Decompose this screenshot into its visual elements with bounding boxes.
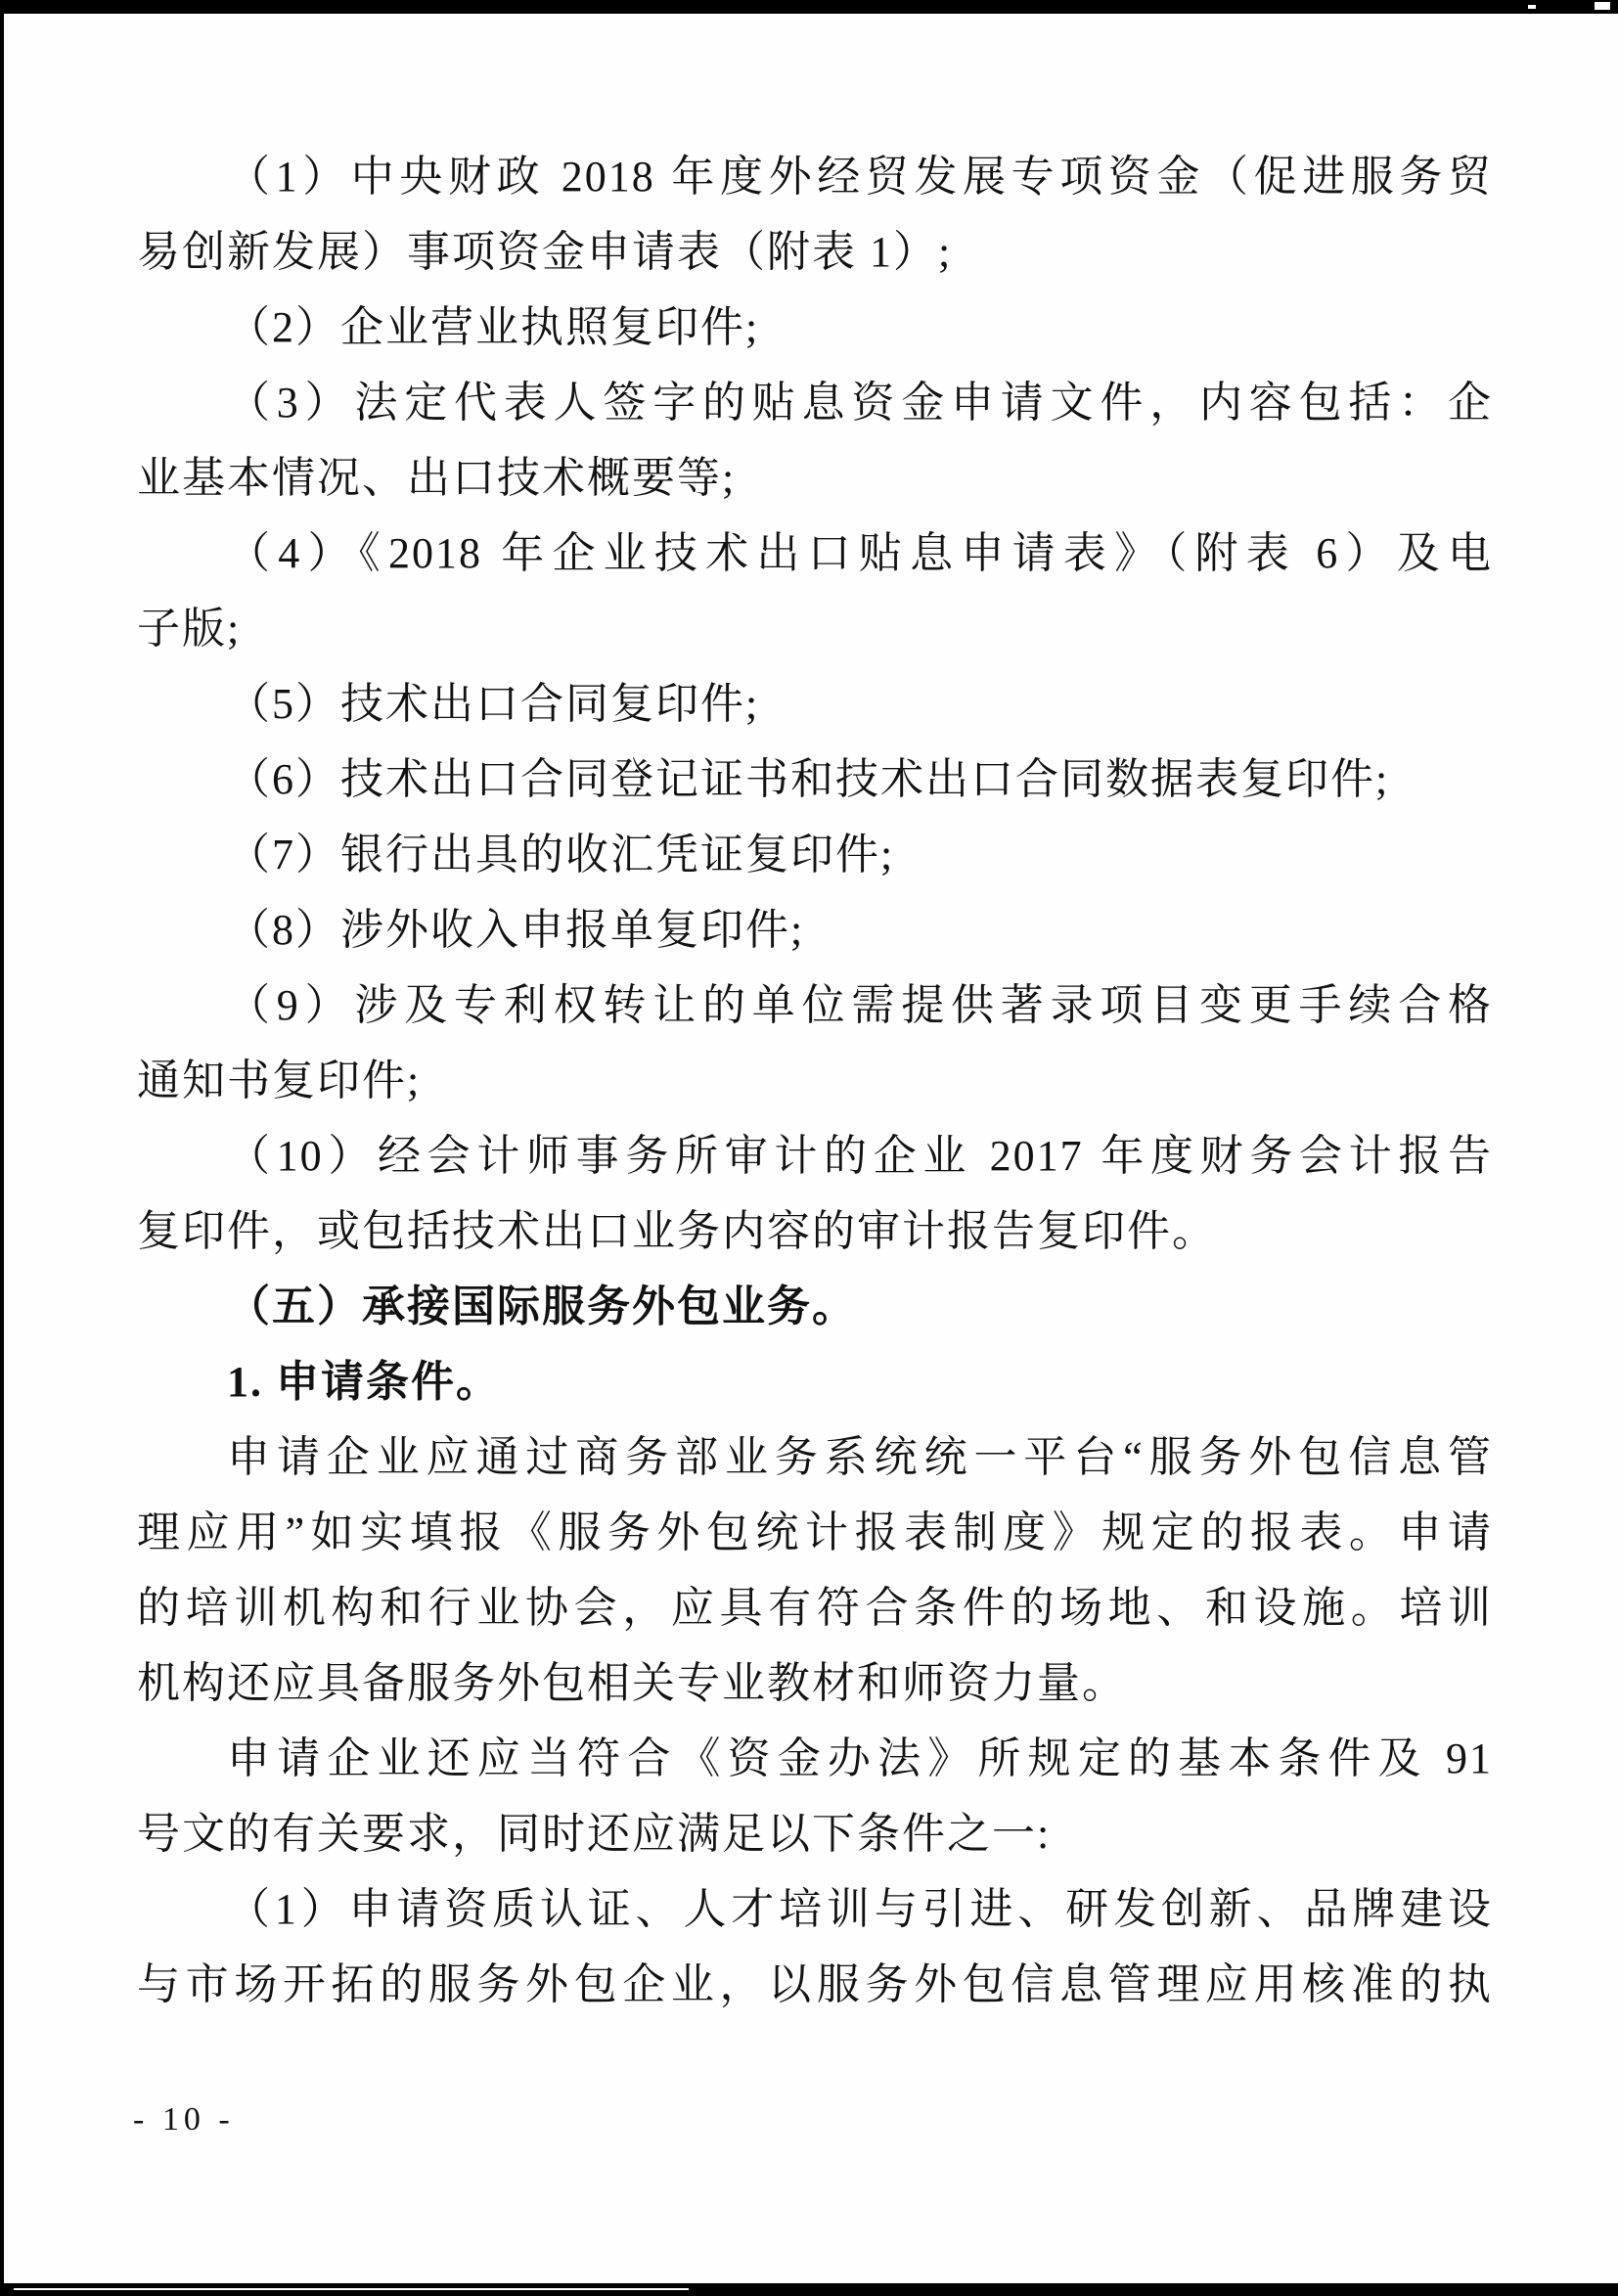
text-line-14: （10）经会计师事务所审计的企业 2017 年度财务会计报告 (137, 1118, 1493, 1193)
text-line-23: 号文的有关要求，同时还应满足以下条件之一: (137, 1796, 1493, 1871)
scan-edge-left (0, 0, 4, 2296)
text-line-19: 理应用”如实填报《服务外包统计报表制度》规定的报表。申请 (137, 1495, 1493, 1570)
text-line-15: 复印件，或包括技术出口业务内容的审计报告复印件。 (137, 1193, 1493, 1269)
text-line-16: （五）承接国际服务外包业务。 (137, 1269, 1493, 1344)
scan-notch (1528, 5, 1536, 9)
text-line-12: （9）涉及专利权转让的单位需提供著录项目变更手续合格 (137, 968, 1493, 1043)
text-line-9: （6）技术出口合同登记证书和技术出口合同数据表复印件; (137, 742, 1493, 817)
page-number: - 10 - (133, 2101, 235, 2138)
text-line-25: 与市场开拓的服务外包企业，以服务外包信息管理应用核准的执 (137, 1947, 1493, 2022)
scan-edge-top (0, 0, 1618, 14)
text-line-22: 申请企业还应当符合《资金办法》所规定的基本条件及 91 (137, 1721, 1493, 1796)
text-line-8: （5）技术出口合同复印件; (137, 666, 1493, 742)
text-line-20: 的培训机构和行业协会，应具有符合条件的场地、和设施。培训 (137, 1570, 1493, 1645)
text-line-6: （4）《2018 年企业技术出口贴息申请表》（附表 6）及电 (137, 516, 1493, 591)
scan-hairline (14, 2288, 689, 2290)
scan-edge-bottom (0, 2283, 1618, 2296)
text-line-24: （1）申请资质认证、人才培训与引进、研发创新、品牌建设 (137, 1871, 1493, 1947)
document-page: （1）中央财政 2018 年度外经贸发展专项资金（促进服务贸易创新发展）事项资金… (0, 0, 1618, 2296)
text-line-4: （3）法定代表人签字的贴息资金申请文件，内容包括：企 (137, 365, 1493, 440)
text-line-13: 通知书复印件; (137, 1043, 1493, 1118)
text-line-5: 业基本情况、出口技术概要等; (137, 440, 1493, 516)
scan-notch (1595, 2, 1610, 10)
document-body: （1）中央财政 2018 年度外经贸发展专项资金（促进服务贸易创新发展）事项资金… (137, 139, 1493, 2022)
text-line-1: （1）中央财政 2018 年度外经贸发展专项资金（促进服务贸 (137, 139, 1493, 214)
text-line-3: （2）企业营业执照复印件; (137, 290, 1493, 365)
text-line-18: 申请企业应通过商务部业务系统统一平台“服务外包信息管 (137, 1419, 1493, 1495)
text-line-7: 子版; (137, 591, 1493, 666)
text-line-10: （7）银行出具的收汇凭证复印件; (137, 817, 1493, 892)
text-line-11: （8）涉外收入申报单复印件; (137, 892, 1493, 968)
text-line-17: 1. 申请条件。 (137, 1344, 1493, 1419)
text-line-21: 机构还应具备服务外包相关专业教材和师资力量。 (137, 1645, 1493, 1721)
text-line-2: 易创新发展）事项资金申请表（附表 1）; (137, 214, 1493, 290)
